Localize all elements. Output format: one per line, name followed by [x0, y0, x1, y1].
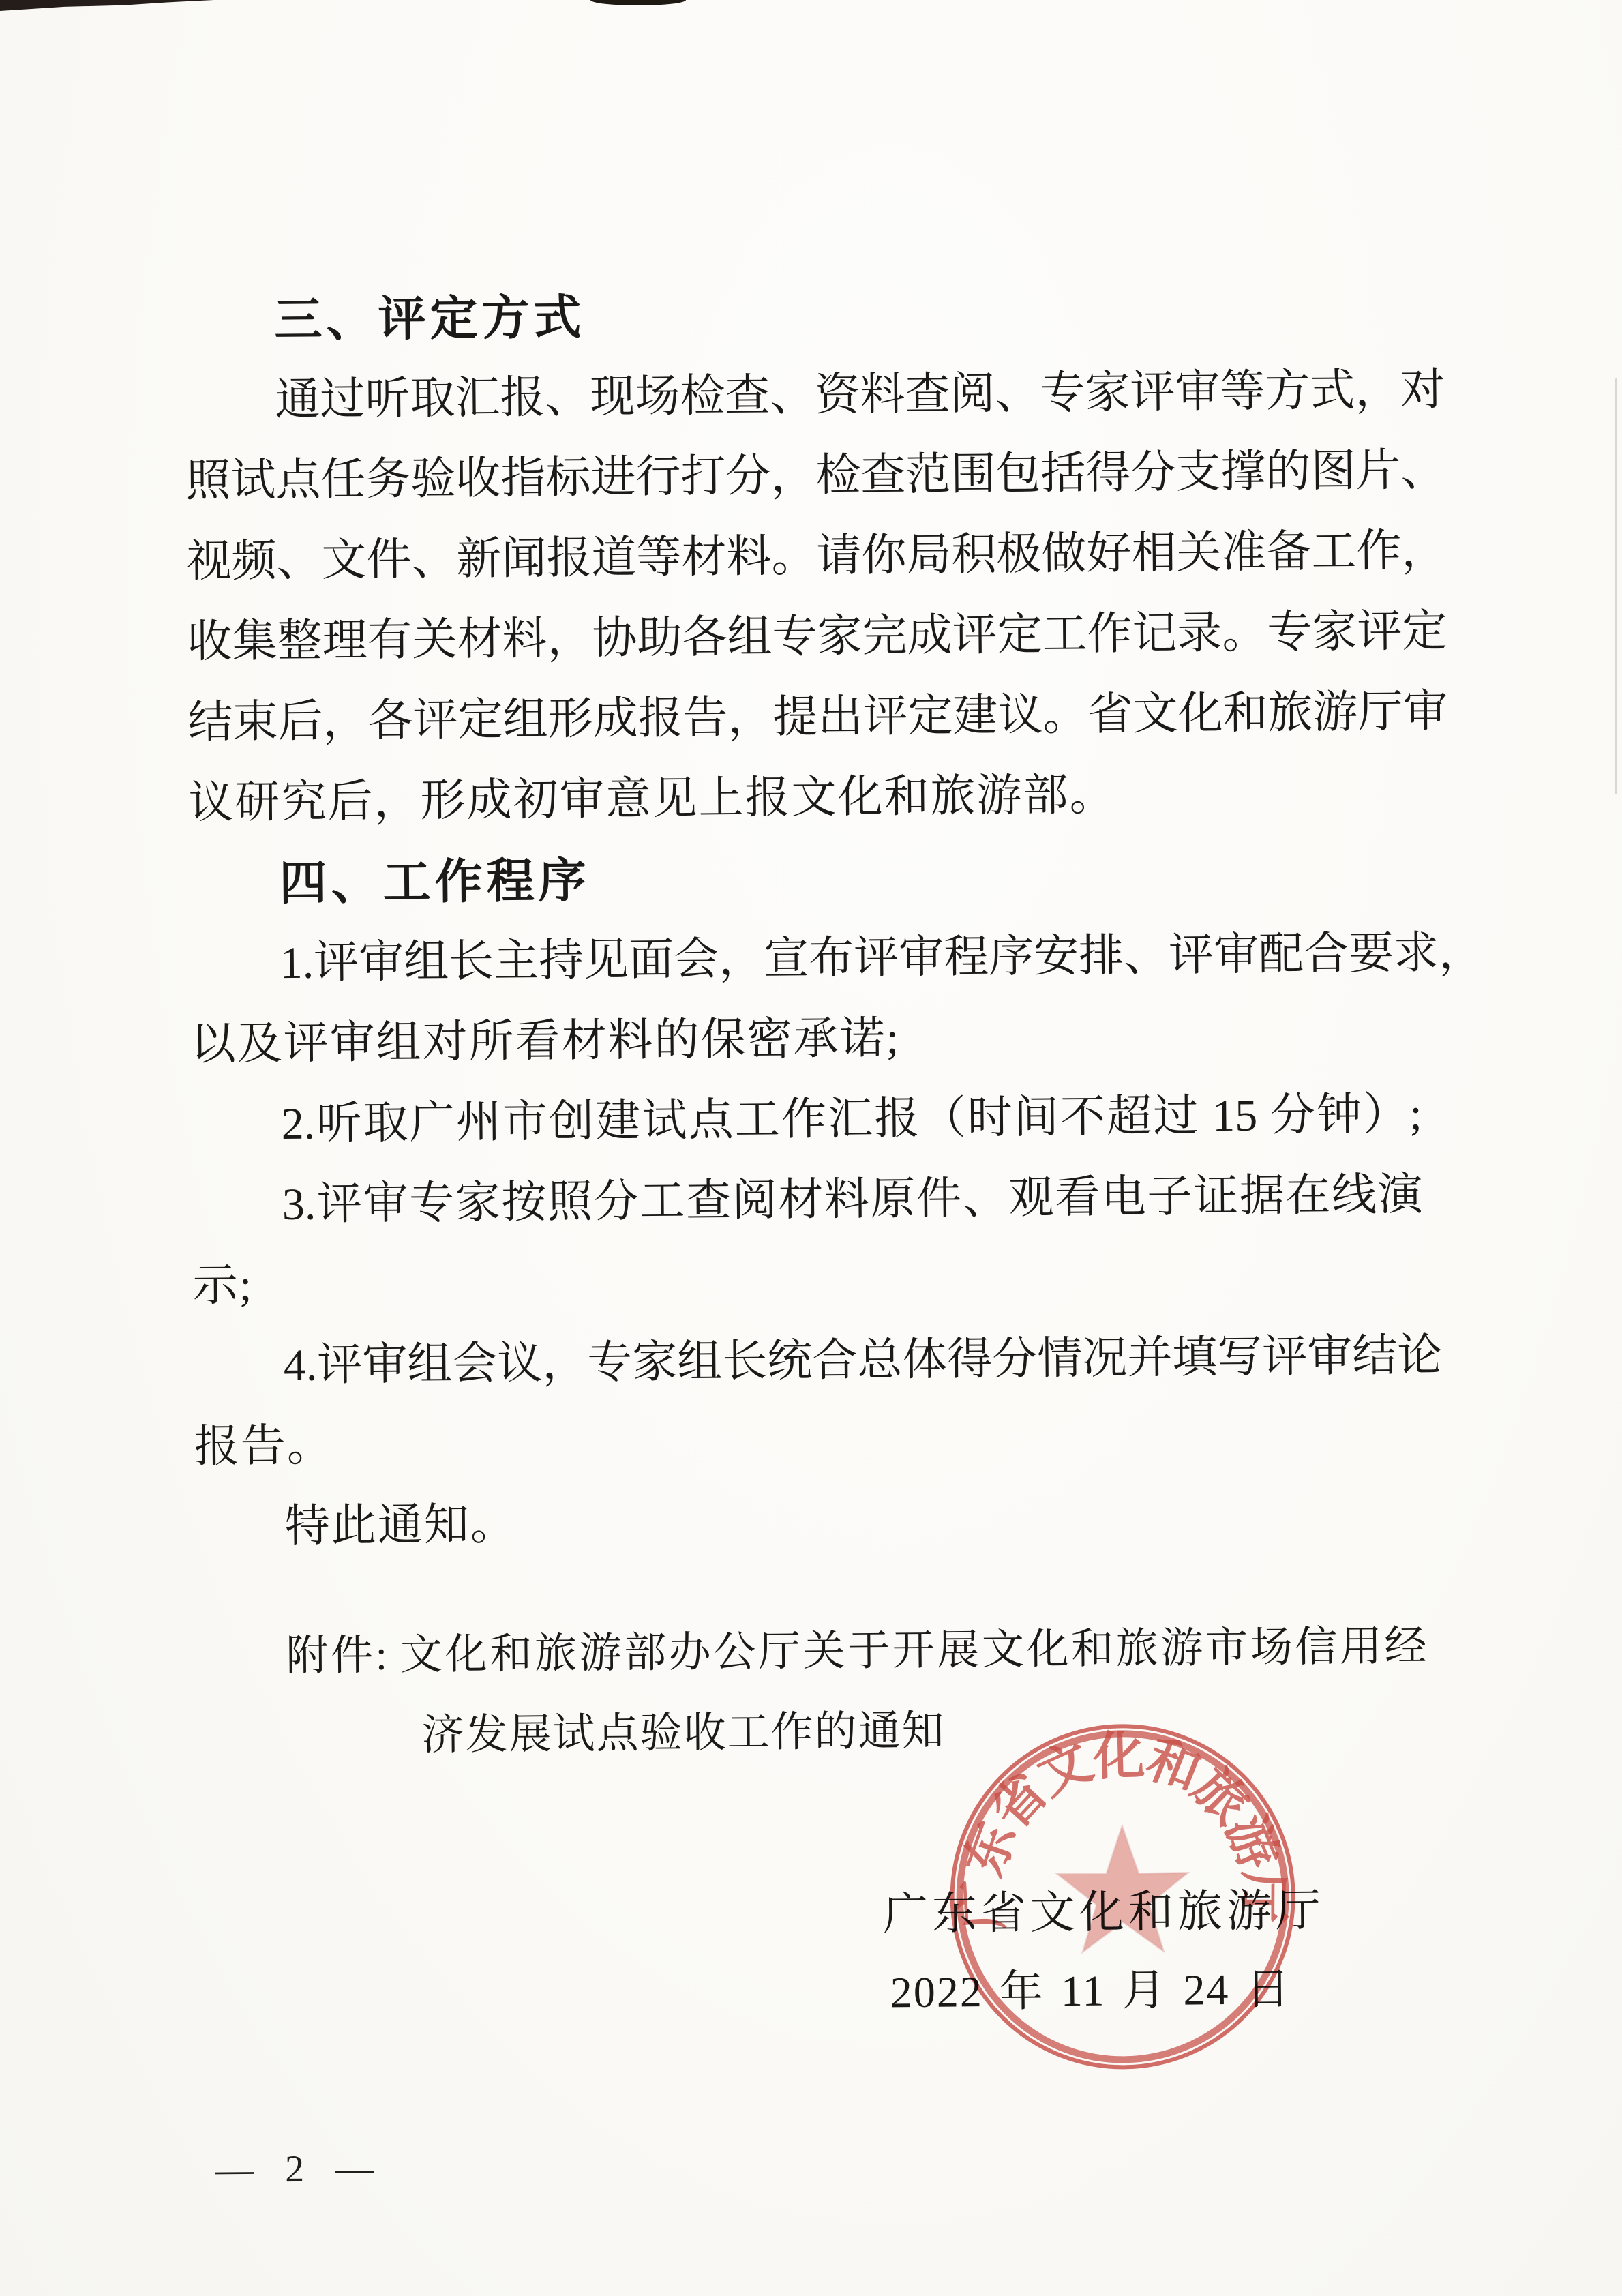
body-line: 议研究后，形成初审意见上报文化和旅游部。 — [188, 752, 1420, 844]
body-line: 照试点任务验收指标进行打分，检查范围包括得分支撑的图片、 — [185, 431, 1417, 522]
document-body: 三、评定方式 通过听取汇报、现场检查、资料查阅、专家评审等方式，对 照试点任务验… — [184, 270, 1428, 1778]
body-line: 以及评审组对所看材料的保密承诺; — [190, 994, 1422, 1085]
closing-line: 特此通知。 — [194, 1476, 1426, 1568]
body-line: 报告。 — [194, 1396, 1425, 1487]
body-line: 2.听取广州市创建试点工作汇报（时间不超过 15 分钟）; — [191, 1074, 1422, 1165]
scanned-document-page: 三、评定方式 通过听取汇报、现场检查、资料查阅、专家评审等方式，对 照试点任务验… — [0, 0, 1622, 2296]
body-line: 通过听取汇报、现场检查、资料查阅、专家评审等方式，对 — [185, 351, 1416, 442]
section-heading-3: 三、评定方式 — [184, 270, 1415, 361]
seal-star-icon — [1057, 1826, 1188, 1952]
body-line: 3.评审专家按照分工查阅材料原件、观看电子证据在线演 — [192, 1154, 1423, 1246]
body-line: 1.评审组长主持见面会，宣布评审程序安排、评审配合要求， — [190, 913, 1421, 1004]
body-line: 示; — [192, 1235, 1424, 1326]
attachment-line-1: 附件: 文化和旅游部办公厅关于开展文化和旅游市场信用经 — [196, 1606, 1427, 1697]
body-line: 视频、文件、新闻报道等材料。请你局积极做好相关准备工作， — [186, 511, 1417, 602]
body-line: 结束后，各评定组形成报告，提出评定建议。省文化和旅游厅审 — [187, 672, 1419, 763]
body-line: 4.评审组会议，专家组长统合总体得分情况并填写评审结论 — [193, 1315, 1424, 1407]
official-seal: 广东省文化和旅游厅 — [930, 1703, 1315, 2089]
body-line: 收集整理有关材料，协助各组专家完成评定工作记录。专家评定 — [187, 591, 1418, 683]
document-content: 三、评定方式 通过听取汇报、现场检查、资料查阅、专家评审等方式，对 照试点任务验… — [0, 0, 1622, 2296]
page-number: — 2 — — [215, 2147, 385, 2192]
section-heading-4: 四、工作程序 — [189, 833, 1420, 924]
